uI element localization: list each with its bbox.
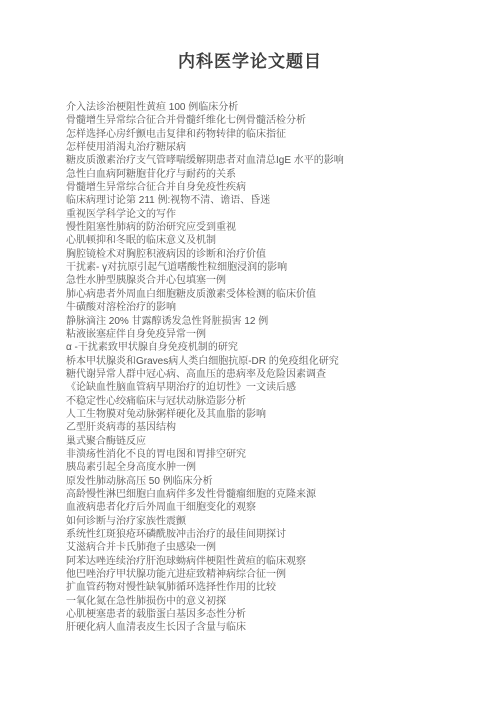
list-item: 胸腔镜检术对胸腔积液病因的诊断和治疗价值 [66, 248, 476, 261]
list-item: 急性白血病阿糖胞苷化疗与耐药的关系 [66, 168, 476, 181]
list-item: 艾滋病合并卡氏肺孢子虫感染一例 [66, 541, 476, 554]
list-item: 骨髓增生异常综合征合并自身免疫性疾病 [66, 181, 476, 194]
list-item: 血液病患者化疗后外周血干细胞变化的观察 [66, 501, 476, 514]
list-item: 系统性红斑狼疮环磷酰胺冲击治疗的最佳间期探讨 [66, 528, 476, 541]
list-item: 临床病理讨论第 211 例:视物不清、谵语、昏迷 [66, 194, 476, 207]
list-item: 糖皮质激素治疗支气管哮喘缓解期患者对血清总IgE 水平的影响 [66, 154, 476, 167]
list-item: 肝硬化病人血清表皮生长因子含量与临床 [66, 621, 476, 634]
list-item: 乙型肝炎病毒的基因结构 [66, 421, 476, 434]
list-item: 原发性肺动脉高压 50 例临床分析 [66, 475, 476, 488]
list-item: 胰岛素引起全身高度水肿一例 [66, 461, 476, 474]
list-item: 牛磺酸对溶栓治疗的影响 [66, 301, 476, 314]
list-item: 粘液嵌塞症伴自身免疫异常一例 [66, 328, 476, 341]
document-page: 内科医学论文题目 介入法诊治梗阻性黄疸 100 例临床分析骨髓增生异常综合征合并… [0, 0, 500, 707]
list-item: 《论缺血性脑血管病早期治疗的迫切性》一文读后感 [66, 381, 476, 394]
list-item: 骨髓增生异常综合征合并骨髓纤维化七例骨髓活检分析 [66, 114, 476, 127]
list-item: 非溃疡性消化不良的胃电图和胃排空研究 [66, 448, 476, 461]
list-item: 静脉滴注 20% 甘露醇诱发急性肾脏损害 12 例 [66, 315, 476, 328]
topic-list: 介入法诊治梗阻性黄疸 100 例临床分析骨髓增生异常综合征合并骨髓纤维化七例骨髓… [66, 101, 476, 635]
list-item: 干扰素- γ对抗原引起气道嗜酸性粒细胞浸润的影响 [66, 261, 476, 274]
list-item: 一氧化氮在急性肺损伤中的意义初探 [66, 595, 476, 608]
list-item: 慢性阻塞性肺病的防治研究应受到重视 [66, 221, 476, 234]
list-item: 如何诊断与治疗家族性震颤 [66, 515, 476, 528]
list-item: 高龄慢性淋巴细胞白血病伴多发性骨髓瘤细胞的克隆来源 [66, 488, 476, 501]
list-item: 心肌顿抑和冬眠的临床意义及机制 [66, 234, 476, 247]
list-item: 桥本甲状腺炎和Graves病人类白细胞抗原-DR 的免疫组化研究 [66, 355, 476, 368]
page-title: 内科医学论文题目 [0, 47, 500, 72]
list-item: 人工生物膜对兔动脉粥样硬化及其血脂的影响 [66, 408, 476, 421]
list-item: 心肌梗塞患者的载脂蛋白基因多态性分析 [66, 608, 476, 621]
list-item: 怎样使用消渴丸治疗糖尿病 [66, 141, 476, 154]
list-item: 扩血管药物对慢性缺氧肺循环选择性作用的比较 [66, 581, 476, 594]
list-item: 介入法诊治梗阻性黄疸 100 例临床分析 [66, 101, 476, 114]
list-item: 急性水肿型胰腺炎合并心包填塞一例 [66, 274, 476, 287]
list-item: 不稳定性心绞痛临床与冠状动脉造影分析 [66, 395, 476, 408]
list-item: 他巴唑治疗甲状腺功能亢进症致精神病综合征一例 [66, 568, 476, 581]
list-item: 糖代谢异常人群中冠心病、高血压的患病率及危险因素调查 [66, 368, 476, 381]
list-item: 怎样选择心房纤颤电击复律和药物转律的临床指征 [66, 128, 476, 141]
list-item: 重视医学科学论文的写作 [66, 208, 476, 221]
list-item: 肺心病患者外周血白细胞糖皮质激素受体检测的临床价值 [66, 288, 476, 301]
list-item: 阿苯达唑连续治疗肝泡球蚴病伴梗阻性黄疸的临床观察 [66, 555, 476, 568]
list-item: α -干扰素致甲状腺自身免疫机制的研究 [66, 341, 476, 354]
list-item: 巢式聚合酶链反应 [66, 435, 476, 448]
